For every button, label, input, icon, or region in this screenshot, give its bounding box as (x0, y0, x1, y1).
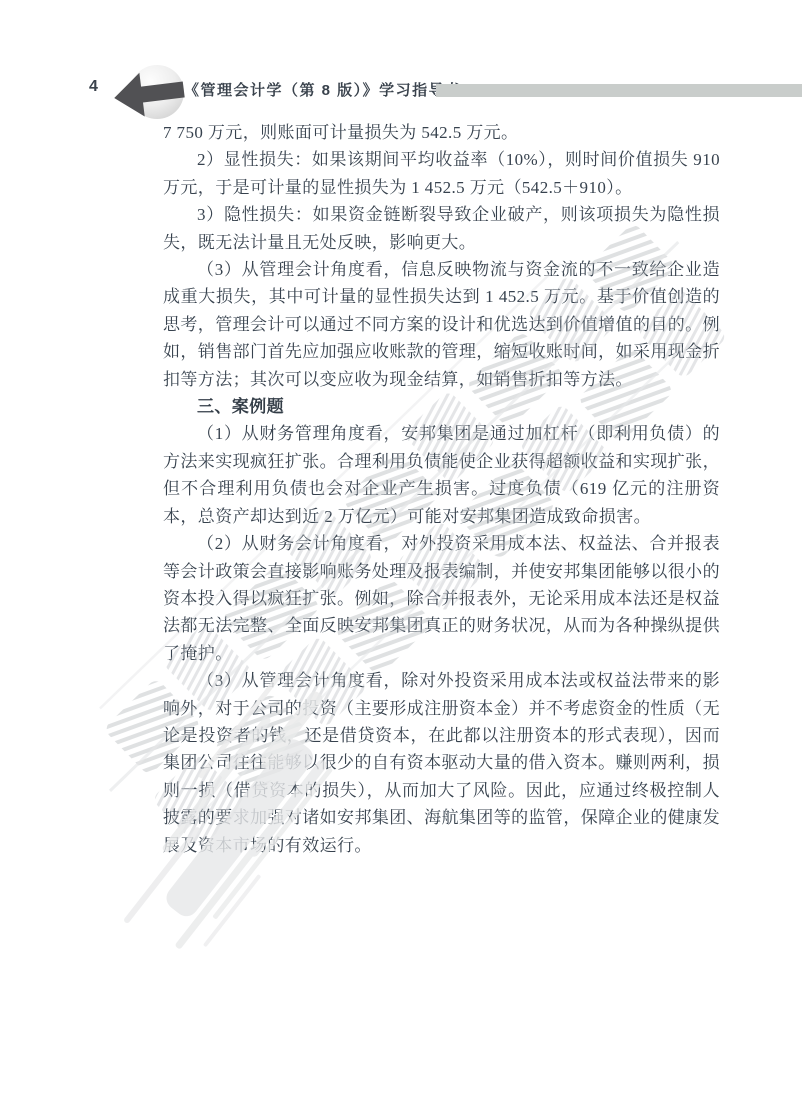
case-answer-3: （3）从管理会计角度看，除对外投资采用成本法或权益法带来的影响外，对于公司的投资… (163, 667, 720, 859)
page-body: 7 750 万元，则账面可计量损失为 542.5 万元。 2）显性损失：如果该期… (163, 119, 720, 859)
carryover-paragraph: 7 750 万元，则账面可计量损失为 542.5 万元。 (163, 119, 720, 146)
list-item-implicit-loss: 3）隐性损失：如果资金链断裂导致企业破产，则该项损失为隐性损失，既无法计量且无处… (163, 201, 720, 256)
case-answer-2: （2）从财务会计角度看，对外投资采用成本法、权益法、合并报表等会计政策会直接影响… (163, 530, 720, 667)
section-heading-case-questions: 三、案例题 (163, 393, 720, 420)
book-page: 4 《管理会计学（第 8 版）》学习指导书 7 750 万元，则账面可计量损失为… (0, 0, 806, 1103)
list-item-explicit-loss: 2）显性损失：如果该期间平均收益率（10%），则时间价值损失 910 万元，于是… (163, 146, 720, 201)
page-number: 4 (89, 78, 98, 96)
case-answer-1: （1）从财务管理角度看，安邦集团是通过加杠杆（即利用负债）的方法来实现疯狂扩张。… (163, 420, 720, 530)
header-rule-bar (436, 84, 802, 97)
running-head-title: 《管理会计学（第 8 版）》学习指导书 (184, 79, 462, 100)
paragraph-management-accounting: （3）从管理会计角度看，信息反映物流与资金流的不一致给企业造成重大损失，其中可计… (163, 256, 720, 393)
